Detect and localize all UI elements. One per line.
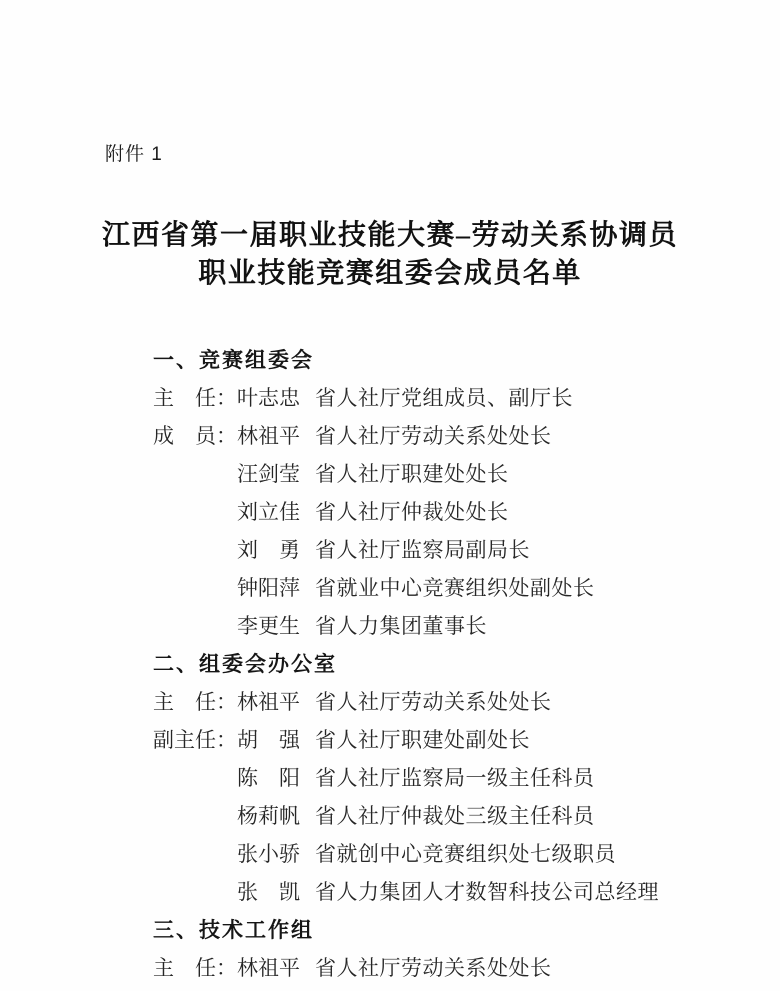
section-rows: 主 任： 林祖平 省人社厅劳动关系处处长 副主任： 胡 强 省人社厅职建处副处长… bbox=[0, 682, 780, 910]
member-row: 副主任： 胡 强 省人社厅职建处副处长 bbox=[0, 720, 780, 758]
member-role: 成 员： bbox=[153, 420, 237, 450]
section-heading-line: 一、竞赛组委会 bbox=[0, 340, 780, 378]
section-rows: 主 任： 叶志忠 省人社厅党组成员、副厅长 成 员： 林祖平 省人社厅劳动关系处… bbox=[0, 378, 780, 644]
member-name: 林祖平 bbox=[237, 952, 300, 982]
section: 三、技术工作组 主 任： 林祖平 省人社厅劳动关系处处长 bbox=[0, 910, 780, 986]
member-title: 省人社厅仲裁处处长 bbox=[315, 496, 509, 526]
member-title: 省人力集团人才数智科技公司总经理 bbox=[315, 876, 659, 906]
section-heading: 一、竞赛组委会 bbox=[153, 344, 314, 374]
section: 二、组委会办公室 主 任： 林祖平 省人社厅劳动关系处处长 副主任： 胡 强 省… bbox=[0, 644, 780, 910]
document-page: 附件 1 江西省第一届职业技能大赛–劳动关系协调员 职业技能竞赛组委会成员名单 … bbox=[0, 0, 780, 991]
member-role: 主 任： bbox=[153, 686, 237, 716]
member-title: 省人社厅党组成员、副厅长 bbox=[315, 382, 573, 412]
member-row: 主 任： 林祖平 省人社厅劳动关系处处长 bbox=[0, 682, 780, 720]
section: 一、竞赛组委会 主 任： 叶志忠 省人社厅党组成员、副厅长 成 员： 林祖平 省… bbox=[0, 340, 780, 644]
member-title: 省人社厅劳动关系处处长 bbox=[315, 420, 552, 450]
member-row: 杨莉帆 省人社厅仲裁处三级主任科员 bbox=[0, 796, 780, 834]
member-name: 刘 勇 bbox=[237, 534, 300, 564]
member-title: 省人社厅劳动关系处处长 bbox=[315, 952, 552, 982]
member-name: 张小骄 bbox=[237, 838, 300, 868]
member-name: 叶志忠 bbox=[237, 382, 300, 412]
member-name: 杨莉帆 bbox=[237, 800, 300, 830]
member-row: 陈 阳 省人社厅监察局一级主任科员 bbox=[0, 758, 780, 796]
member-name: 林祖平 bbox=[237, 686, 300, 716]
member-row: 刘立佳 省人社厅仲裁处处长 bbox=[0, 492, 780, 530]
member-title: 省就业中心竞赛组织处副处长 bbox=[315, 572, 595, 602]
section-heading-line: 三、技术工作组 bbox=[0, 910, 780, 948]
member-name: 李更生 bbox=[237, 610, 300, 640]
section-heading: 三、技术工作组 bbox=[153, 914, 314, 944]
member-title: 省人社厅职建处处长 bbox=[315, 458, 509, 488]
member-name: 陈 阳 bbox=[237, 762, 300, 792]
member-row: 汪剑莹 省人社厅职建处处长 bbox=[0, 454, 780, 492]
member-row: 张 凯 省人力集团人才数智科技公司总经理 bbox=[0, 872, 780, 910]
attachment-label: 附件 1 bbox=[105, 143, 780, 167]
title-line-2: 职业技能竞赛组委会成员名单 bbox=[40, 255, 740, 293]
section-heading-line: 二、组委会办公室 bbox=[0, 644, 780, 682]
member-title: 省人社厅仲裁处三级主任科员 bbox=[315, 800, 595, 830]
member-row: 刘 勇 省人社厅监察局副局长 bbox=[0, 530, 780, 568]
member-name: 汪剑莹 bbox=[237, 458, 300, 488]
member-name: 张 凯 bbox=[237, 876, 300, 906]
member-sections: 一、竞赛组委会 主 任： 叶志忠 省人社厅党组成员、副厅长 成 员： 林祖平 省… bbox=[0, 340, 780, 986]
member-row: 张小骄 省就创中心竞赛组织处七级职员 bbox=[0, 834, 780, 872]
member-title: 省人社厅劳动关系处处长 bbox=[315, 686, 552, 716]
member-title: 省人社厅监察局一级主任科员 bbox=[315, 762, 595, 792]
document-title: 江西省第一届职业技能大赛–劳动关系协调员 职业技能竞赛组委会成员名单 bbox=[40, 217, 740, 293]
member-title: 省就创中心竞赛组织处七级职员 bbox=[315, 838, 616, 868]
member-row: 主 任： 林祖平 省人社厅劳动关系处处长 bbox=[0, 948, 780, 986]
section-heading: 二、组委会办公室 bbox=[153, 648, 337, 678]
member-name: 刘立佳 bbox=[237, 496, 300, 526]
member-title: 省人力集团董事长 bbox=[315, 610, 487, 640]
member-row: 李更生 省人力集团董事长 bbox=[0, 606, 780, 644]
member-name: 林祖平 bbox=[237, 420, 300, 450]
member-row: 成 员： 林祖平 省人社厅劳动关系处处长 bbox=[0, 416, 780, 454]
member-role: 主 任： bbox=[153, 382, 237, 412]
member-role: 副主任： bbox=[153, 724, 237, 754]
section-rows: 主 任： 林祖平 省人社厅劳动关系处处长 bbox=[0, 948, 780, 986]
member-name: 钟阳萍 bbox=[237, 572, 300, 602]
member-row: 钟阳萍 省就业中心竞赛组织处副处长 bbox=[0, 568, 780, 606]
member-title: 省人社厅职建处副处长 bbox=[315, 724, 530, 754]
member-role: 主 任： bbox=[153, 952, 237, 982]
title-line-1: 江西省第一届职业技能大赛–劳动关系协调员 bbox=[40, 217, 740, 255]
member-row: 主 任： 叶志忠 省人社厅党组成员、副厅长 bbox=[0, 378, 780, 416]
member-title: 省人社厅监察局副局长 bbox=[315, 534, 530, 564]
member-name: 胡 强 bbox=[237, 724, 300, 754]
